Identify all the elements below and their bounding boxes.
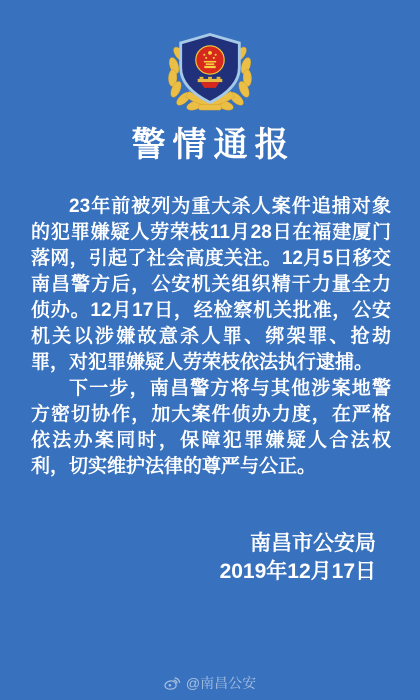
notice-body: 23年前被列为重大杀人案件追捕对象的犯罪嫌疑人劳荣枝11月28日在福建厦门落网，… <box>0 194 420 480</box>
watermark-text: @南昌公安 <box>186 673 256 693</box>
signature-date: 2019年12月17日 <box>0 558 376 586</box>
signature-block: 南昌市公安局 2019年12月17日 <box>0 530 420 586</box>
watermark: @南昌公安 <box>0 673 420 693</box>
notice-paragraph-2: 下一步，南昌警方将与其他涉案地警方密切协作，加大案件侦办力度，在严格依法办案同时… <box>31 376 391 480</box>
notice-paragraph-1: 23年前被列为重大杀人案件追捕对象的犯罪嫌疑人劳荣枝11月28日在福建厦门落网，… <box>31 194 391 376</box>
notice-title: 警情通报 <box>0 126 420 164</box>
signature-issuer: 南昌市公安局 <box>0 530 376 558</box>
police-badge <box>0 0 420 110</box>
weibo-icon <box>164 677 181 690</box>
police-notice: 警情通报 23年前被列为重大杀人案件追捕对象的犯罪嫌疑人劳荣枝11月28日在福建… <box>0 0 420 700</box>
china-police-emblem-icon <box>153 25 267 112</box>
